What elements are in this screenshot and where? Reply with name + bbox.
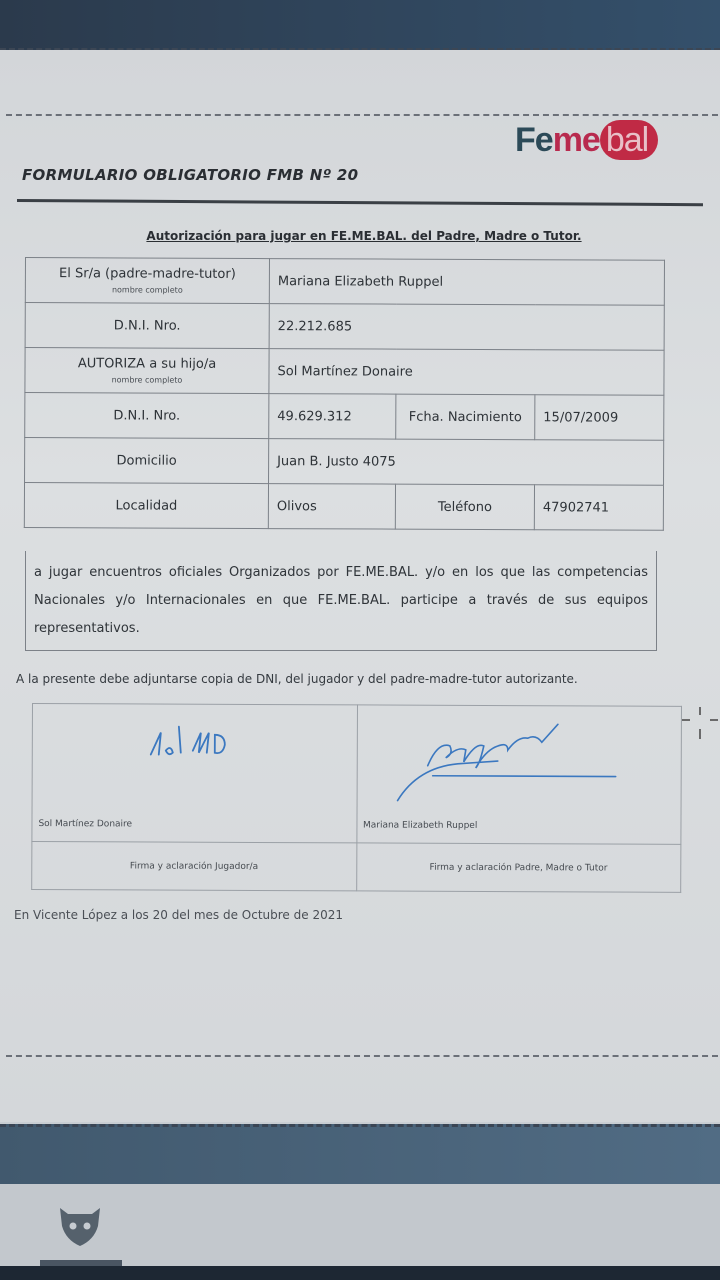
city-label: Localidad: [24, 483, 268, 529]
page-break-top: [6, 114, 718, 116]
monitor-top-bar: [0, 0, 720, 51]
femebal-logo: Femebal: [515, 120, 658, 164]
parent-sublabel: nombre completo: [34, 285, 261, 295]
child-dni-field[interactable]: 49.629.312: [269, 394, 396, 440]
parent-signature-caption: Firma y aclaración Padre, Madre o Tutor: [356, 843, 681, 892]
parent-label-cell: El Sr/a (padre-madre-tutor) nombre compl…: [25, 258, 269, 304]
child-label-cell: AUTORIZA a su hijo/a nombre completo: [25, 348, 269, 394]
authorization-table: El Sr/a (padre-madre-tutor) nombre compl…: [24, 257, 665, 531]
crop-mark-icon: [680, 705, 720, 745]
taskbar: [0, 1184, 720, 1266]
address-field[interactable]: Juan B. Justo 4075: [269, 439, 664, 486]
form-title: FORMULARIO OBLIGATORIO FMB Nº 20: [22, 166, 358, 184]
child-sublabel: nombre completo: [33, 375, 260, 385]
table-row: El Sr/a (padre-madre-tutor) nombre compl…: [25, 258, 664, 306]
parent-dni-label: D.N.I. Nro.: [25, 303, 269, 349]
table-row: Localidad Olivos Teléfono 47902741: [24, 483, 663, 531]
phone-label: Teléfono: [395, 484, 534, 530]
parent-signature-cell[interactable]: Mariana Elizabeth Ruppel: [356, 705, 681, 844]
date-place-line: En Vicente López a los 20 del mes de Oct…: [14, 908, 343, 922]
monitor-bottom-band: [0, 1124, 720, 1187]
table-row: AUTORIZA a su hijo/a nombre completo Sol…: [25, 348, 664, 396]
cat-mask-icon[interactable]: [58, 1206, 102, 1246]
city-field[interactable]: Olivos: [268, 484, 395, 530]
birth-date-field[interactable]: 15/07/2009: [535, 395, 664, 441]
parent-dni-field[interactable]: 22.212.685: [269, 304, 664, 351]
table-row: D.N.I. Nro. 49.629.312 Fcha. Nacimiento …: [25, 393, 664, 441]
table-row: Sol Martínez Donaire Mariana Elizabeth R…: [32, 704, 682, 845]
logo-text-bal: bal: [600, 120, 658, 160]
parent-label: El Sr/a (padre-madre-tutor): [59, 266, 236, 282]
birth-date-label: Fcha. Nacimiento: [396, 394, 535, 440]
attachment-note: A la presente debe adjuntarse copia de D…: [16, 672, 578, 686]
page-break-bottom: [6, 1055, 718, 1057]
authorization-paragraph: a jugar encuentros oficiales Organizados…: [25, 551, 657, 651]
parent-signature-icon: [357, 705, 683, 831]
player-signature-caption: Firma y aclaración Jugador/a: [32, 842, 357, 891]
child-dni-label: D.N.I. Nro.: [25, 393, 269, 439]
table-row: Firma y aclaración Jugador/a Firma y acl…: [32, 842, 681, 893]
signature-table: Sol Martínez Donaire Mariana Elizabeth R…: [31, 703, 682, 893]
address-label: Domicilio: [25, 438, 269, 484]
monitor-bezel: [0, 1266, 720, 1280]
table-row: Domicilio Juan B. Justo 4075: [25, 438, 664, 486]
child-label: AUTORIZA a su hijo/a: [78, 356, 216, 372]
child-name-field[interactable]: Sol Martínez Donaire: [269, 349, 664, 396]
player-signature-cell[interactable]: Sol Martínez Donaire: [32, 704, 357, 843]
player-signature-icon: [32, 704, 358, 830]
table-row: D.N.I. Nro. 22.212.685: [25, 303, 664, 351]
logo-text-me: me: [553, 121, 600, 159]
form-subtitle: Autorización para jugar en FE.ME.BAL. de…: [0, 229, 720, 243]
logo-text-fe: Fe: [515, 121, 553, 159]
parent-name-field[interactable]: Mariana Elizabeth Ruppel: [269, 259, 664, 306]
phone-field[interactable]: 47902741: [534, 485, 663, 531]
